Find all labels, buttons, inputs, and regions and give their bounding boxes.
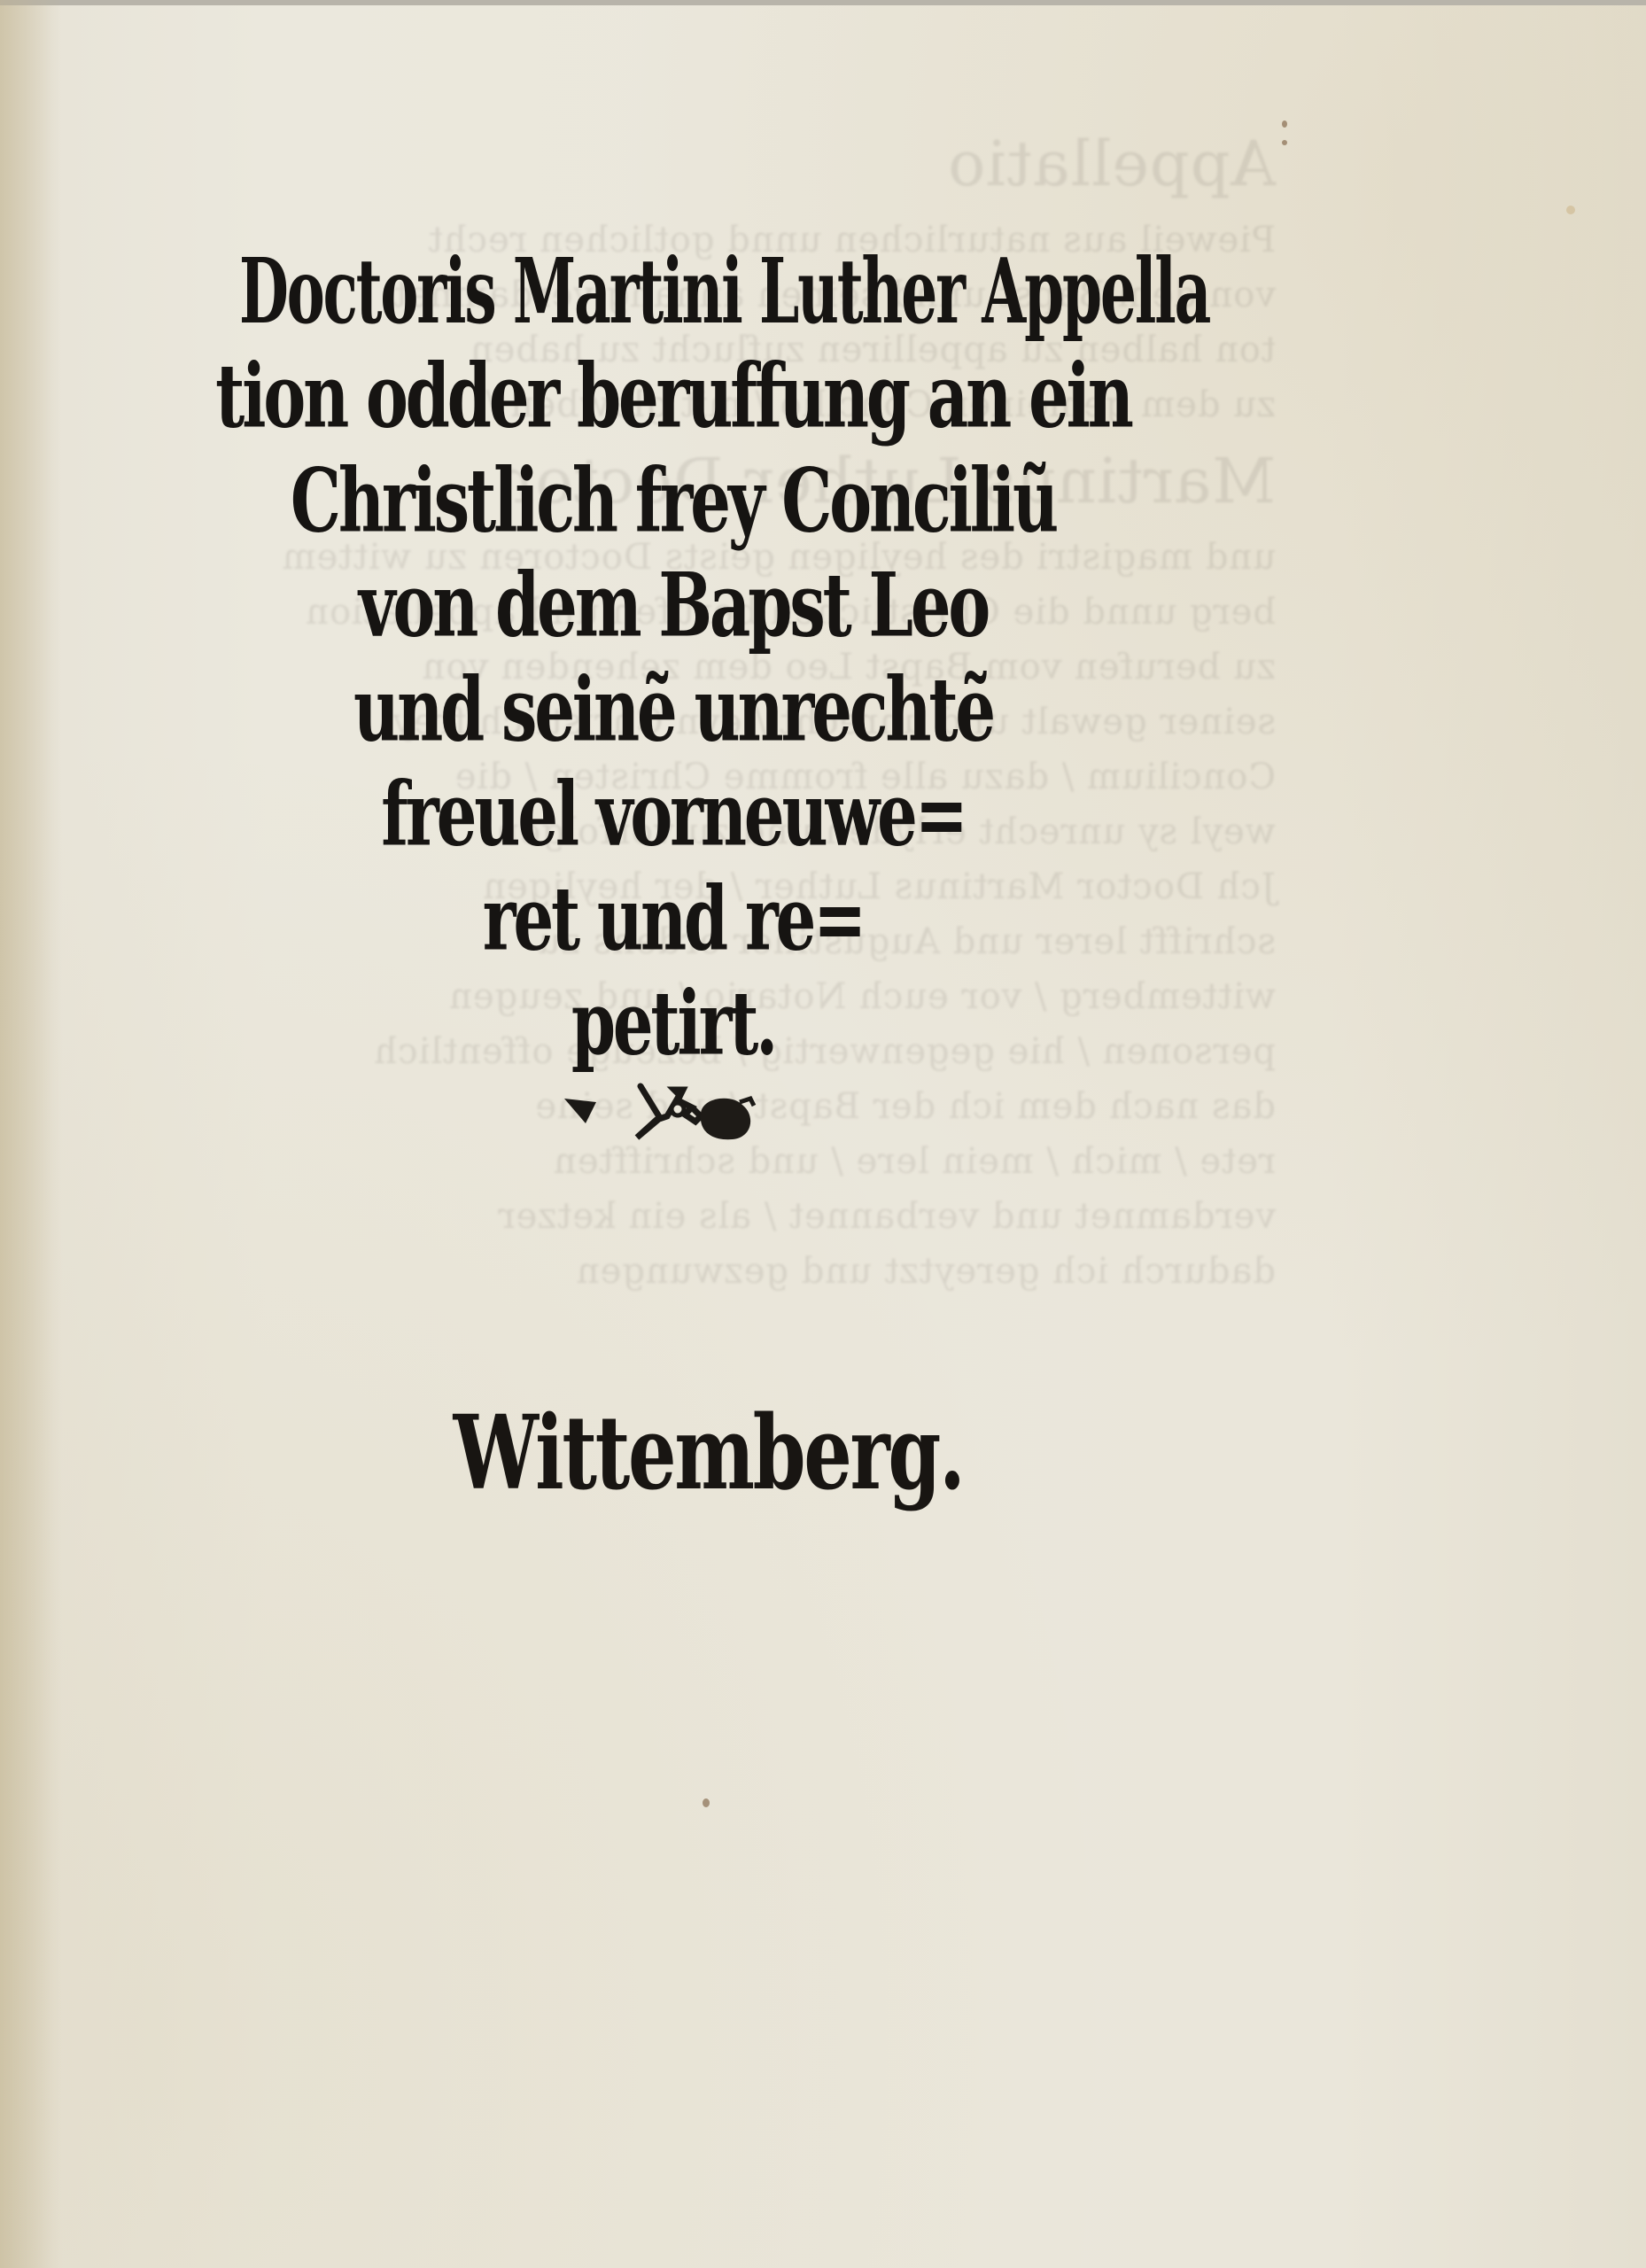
paper-spot [1566,206,1575,214]
paper-spot [1282,140,1287,145]
title-line-4: von dem Bapst Leo [190,548,1157,661]
title-line-6: freuel vorneuwe= [190,757,1157,870]
title-line-3: Christlich frey Conciliũ [190,444,1157,556]
paper-spot [1282,120,1287,128]
showthrough-line: Appellatio [106,115,1276,213]
title-line-7: ret und re= [190,862,1157,975]
title-line-1: Doctoris Martini Luther Appella [239,234,1107,349]
title-line-5: und seinẽ unrechtẽ [190,653,1157,765]
showthrough-line: verdamnet und verbannet / als ein ketzer [106,1189,1276,1244]
page-top-edge [0,0,1646,5]
paper-spot [703,1798,710,1807]
showthrough-line: dadurch ich gereytzt und gezwungen [106,1244,1276,1299]
title-line-2: tion odder beruffung an ein [190,339,1157,452]
title-block: Doctoris Martini Luther Appella tion odd… [53,239,1293,1076]
imprint-place: Wittemberg. [454,1388,841,1518]
fleuron-ornament-icon [527,1063,757,1143]
scanned-page: Appellatio Pieweil aus naturlichen unnd … [0,0,1646,2268]
